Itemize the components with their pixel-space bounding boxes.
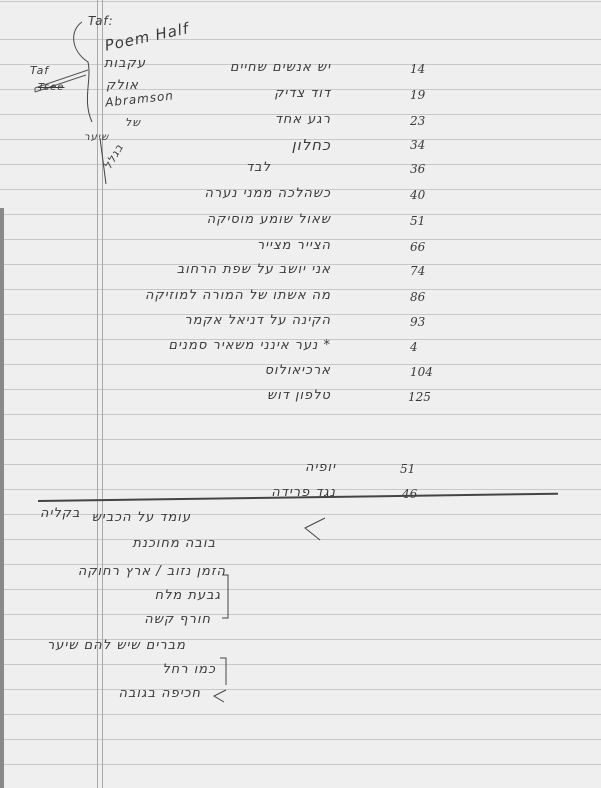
list-item: מברים שיש להם שיער [47,638,186,653]
section-label: בקליה [40,506,81,521]
margin-note-side-1: של [125,116,141,129]
list-item: חורף קשה [144,612,211,627]
list-item: גבעת מלח [155,588,221,603]
list-item: בובה מחוכנת [132,536,216,551]
margin-note-side-3: שיער [84,132,109,143]
margin-note-crossed-word: Tsee [38,82,64,93]
margin-note-he-1: עקבות [104,56,146,71]
list-item: הזמן נזוב / ארץ רחוקה [78,564,226,579]
list-item: עומד על הכביש [92,510,191,525]
margin-note-he-2: אולק [106,78,139,93]
margin-note-crossed-label: Taf [30,64,49,77]
margin-note-taf: Taf: [88,14,114,28]
list-item: חכיפה בגובה [119,686,201,701]
list-item: כמו רחל [162,662,216,677]
notebook-page: Taf: Poem Half עקבות אולק Abramson Taf T… [0,0,601,788]
